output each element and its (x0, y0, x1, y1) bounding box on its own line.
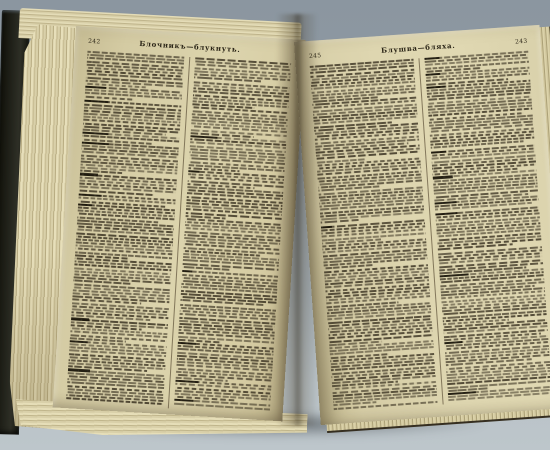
right-page-number-left: 245 (309, 51, 335, 60)
photo-backdrop: 242 Блочникъ—блукнуть. 245 Блушва—бляха.… (0, 0, 550, 450)
left-page: 242 Блочникъ—блукнуть. (53, 26, 306, 421)
right-page-column-1 (310, 59, 438, 412)
left-page-column-1 (66, 51, 184, 408)
left-page-number: 242 (88, 38, 114, 47)
right-page-column-2 (424, 51, 550, 404)
left-page-column-2 (173, 57, 291, 414)
right-page-columns (310, 51, 550, 412)
right-page-number-right: 243 (501, 38, 527, 47)
left-page-columns (66, 51, 291, 415)
left-header-spacer (266, 54, 292, 56)
right-page: 245 Блушва—бляха. 243 (294, 25, 550, 425)
